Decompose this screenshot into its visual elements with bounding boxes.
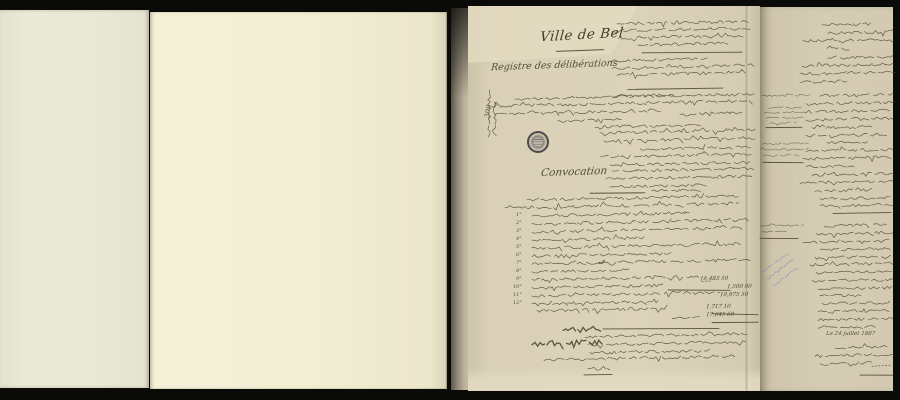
amount-value: 1,500 00 (726, 284, 752, 290)
blank-page-right (150, 12, 447, 389)
list-item-number: 12° (513, 300, 522, 306)
list-item-number: 1° (516, 212, 522, 218)
ink-stamp (527, 131, 549, 153)
list-item-number: 6° (516, 252, 522, 258)
amount-value: 17,645 60 (705, 312, 734, 318)
convocation-heading: Convocation (540, 165, 608, 179)
amount-value: 10,975 50 (719, 292, 748, 298)
blank-page-left (0, 10, 149, 388)
binding-shadow (451, 8, 468, 98)
list-item-number: 5° (516, 244, 522, 250)
list-item-number: 9° (516, 276, 522, 282)
list-item-number: 7° (516, 260, 522, 266)
list-item-number: 11° (513, 292, 522, 298)
amount-value: 16,483 50 (699, 276, 728, 282)
list-item-number: 10° (513, 284, 522, 290)
list-item-number: 8° (516, 268, 522, 274)
list-item-number: 4° (516, 236, 522, 242)
date-line: Le 24 juillet 1887 (826, 331, 876, 337)
amount-value: 1,717 10 (705, 304, 731, 310)
list-item-number: 3° (516, 228, 522, 234)
list-item-number: 2° (516, 220, 522, 226)
page-crease (745, 6, 748, 391)
page-bottom-highlight (468, 367, 760, 391)
archive-book-scan: Ville de Bel Registre des délibérations … (0, 0, 900, 400)
ink-stamp-text (533, 137, 543, 147)
